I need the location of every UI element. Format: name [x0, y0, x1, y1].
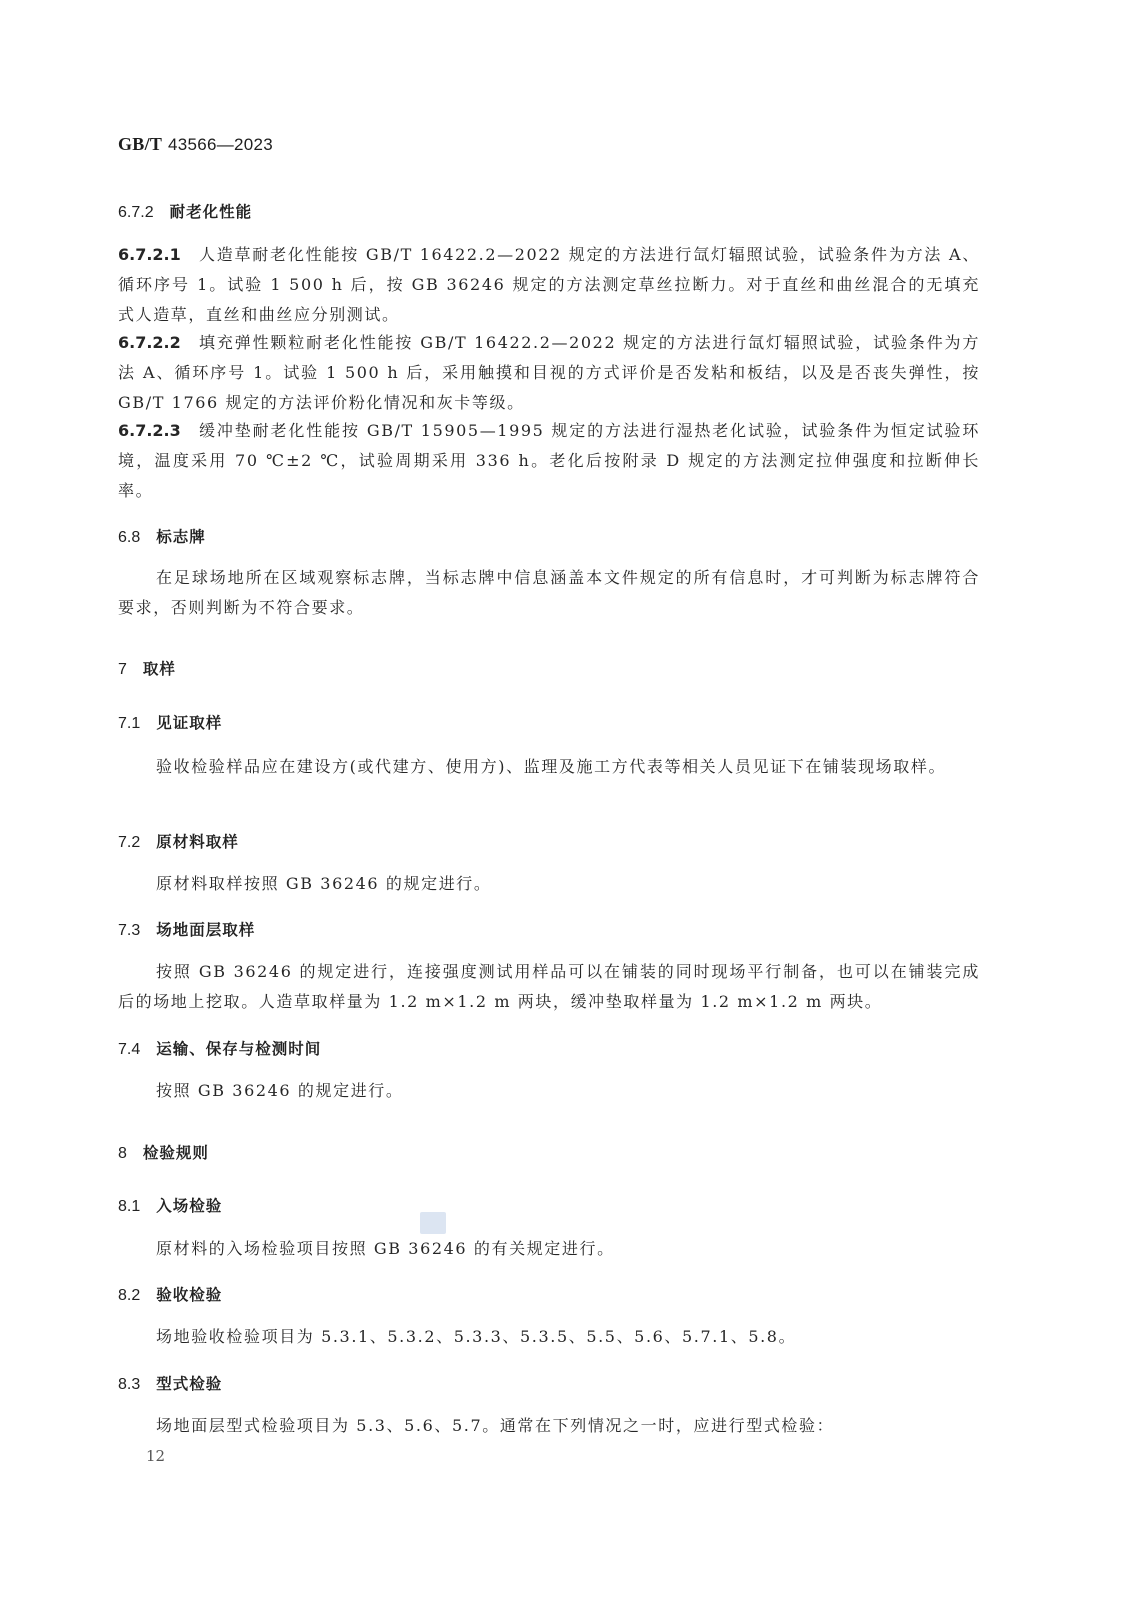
heading-number: 7.4 [118, 1041, 140, 1058]
document-page: GB/T 43566—2023 6.7.2耐老化性能 6.7.2.1人造草耐老化… [0, 0, 1130, 1600]
heading-number: 8.3 [118, 1376, 140, 1393]
paragraph-8-3: 场地面层型式检验项目为 5.3、5.6、5.7。通常在下列情况之一时，应进行型式… [118, 1411, 980, 1441]
heading-title: 耐老化性能 [170, 203, 253, 221]
heading-7-2: 7.2原材料取样 [118, 830, 980, 852]
heading-title: 型式检验 [156, 1375, 222, 1393]
standard-number: 43566—2023 [168, 135, 273, 154]
heading-number: 8.1 [118, 1198, 140, 1215]
standard-prefix: GB/T [118, 134, 162, 154]
paragraph-8-2: 场地验收检验项目为 5.3.1、5.3.2、5.3.3、5.3.5、5.5、5.… [118, 1322, 980, 1352]
clause-6-7-2-1: 6.7.2.1人造草耐老化性能按 GB/T 16422.2—2022 规定的方法… [118, 240, 980, 330]
heading-7-1: 7.1见证取样 [118, 711, 980, 733]
heading-title: 取样 [143, 660, 176, 678]
paragraph-6-8: 在足球场地所在区域观察标志牌，当标志牌中信息涵盖本文件规定的所有信息时，才可判断… [118, 563, 980, 623]
heading-6-7-2: 6.7.2耐老化性能 [118, 200, 980, 222]
heading-7: 7取样 [118, 657, 980, 679]
heading-6-8: 6.8标志牌 [118, 525, 980, 547]
heading-number: 6.8 [118, 529, 140, 546]
heading-title: 标志牌 [156, 528, 206, 546]
clause-number: 6.7.2.3 [118, 421, 181, 440]
heading-8-1: 8.1入场检验 [118, 1194, 980, 1216]
heading-number: 7.3 [118, 922, 140, 939]
paragraph-7-4: 按照 GB 36246 的规定进行。 [118, 1076, 980, 1106]
clause-6-7-2-2: 6.7.2.2填充弹性颗粒耐老化性能按 GB/T 16422.2—2022 规定… [118, 328, 980, 418]
clause-number: 6.7.2.2 [118, 333, 181, 352]
heading-number: 7 [118, 661, 127, 678]
page-number: 12 [146, 1447, 165, 1465]
heading-8: 8检验规则 [118, 1141, 980, 1163]
heading-title: 检验规则 [143, 1144, 209, 1162]
paragraph-7-2: 原材料取样按照 GB 36246 的规定进行。 [118, 869, 980, 899]
heading-title: 场地面层取样 [156, 921, 255, 939]
heading-title: 验收检验 [156, 1286, 222, 1304]
heading-title: 运输、保存与检测时间 [156, 1040, 321, 1058]
standard-code: GB/T 43566—2023 [118, 134, 273, 155]
heading-number: 6.7.2 [118, 204, 154, 221]
heading-8-2: 8.2验收检验 [118, 1283, 980, 1305]
watermark-logo [420, 1212, 446, 1234]
clause-text: 填充弹性颗粒耐老化性能按 GB/T 16422.2—2022 规定的方法进行氙灯… [118, 333, 980, 412]
paragraph-7-1: 验收检验样品应在建设方(或代建方、使用方)、监理及施工方代表等相关人员见证下在铺… [118, 752, 980, 782]
heading-number: 7.2 [118, 834, 140, 851]
heading-number: 8 [118, 1145, 127, 1162]
heading-8-3: 8.3型式检验 [118, 1372, 980, 1394]
heading-title: 原材料取样 [156, 833, 239, 851]
heading-title: 见证取样 [156, 714, 222, 732]
heading-7-3: 7.3场地面层取样 [118, 918, 980, 940]
heading-number: 7.1 [118, 715, 140, 732]
heading-number: 8.2 [118, 1287, 140, 1304]
clause-6-7-2-3: 6.7.2.3缓冲垫耐老化性能按 GB/T 15905—1995 规定的方法进行… [118, 416, 980, 506]
heading-title: 入场检验 [156, 1197, 222, 1215]
paragraph-7-3: 按照 GB 36246 的规定进行，连接强度测试用样品可以在铺装的同时现场平行制… [118, 957, 980, 1017]
clause-text: 缓冲垫耐老化性能按 GB/T 15905—1995 规定的方法进行湿热老化试验，… [118, 421, 980, 500]
paragraph-8-1: 原材料的入场检验项目按照 GB 36246 的有关规定进行。 [118, 1234, 980, 1264]
heading-7-4: 7.4运输、保存与检测时间 [118, 1037, 980, 1059]
clause-number: 6.7.2.1 [118, 245, 181, 264]
clause-text: 人造草耐老化性能按 GB/T 16422.2—2022 规定的方法进行氙灯辐照试… [118, 245, 980, 324]
